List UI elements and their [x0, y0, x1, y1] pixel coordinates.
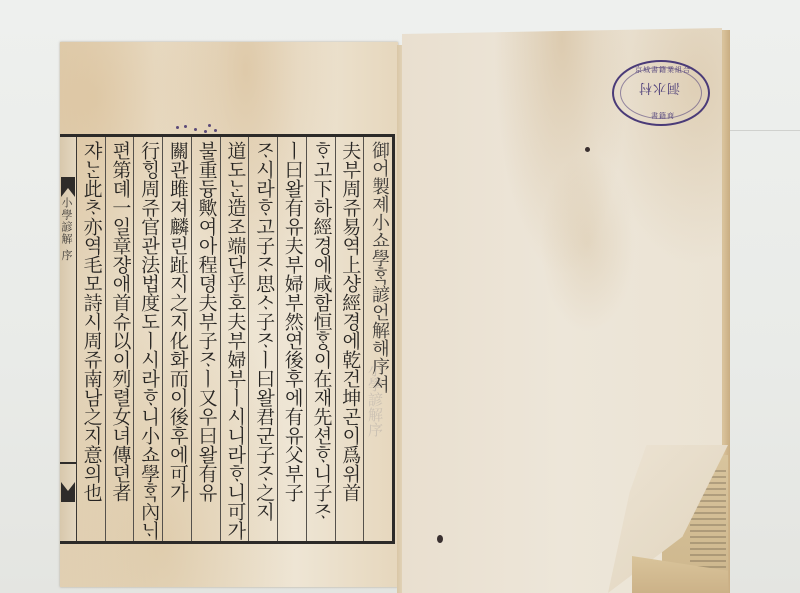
print-frame: 小學諺解 序 小學諺解序 御어製졔小쇼學ᄒᆞᆨ諺언解해序셔 夫부周쥬易역上샹經경…	[60, 134, 395, 544]
text-column: 夫부周쥬易역上샹經경에乾건坤곤이爲위首	[335, 137, 364, 541]
text-column: ᄒᆞ고下하經경에咸함恒ᄒᆞᆼ이在재先션ᄒᆞ니子ᄌᆞ	[306, 137, 335, 541]
column-title: 御어製졔小쇼學ᄒᆞᆨ諺언解해序셔	[363, 137, 392, 541]
text-column: 行ᄒᆡᆼ周쥬官관法법度도ㅣ시라ᄒᆞ니小쇼學ᄒᆞᆨ內ᄂᆡ篇	[133, 137, 162, 541]
ownership-stamp: 京城書籍業組合 洞水村 書籍商	[612, 60, 710, 126]
text-column: 關관雎져麟린趾지之지化화而이後후에可가	[162, 137, 191, 541]
ink-specks	[170, 120, 230, 134]
text-column: 불重듕歟여아程뎡夫부子ᄌᆞㅣ又우曰왈有유	[191, 137, 220, 541]
stamp-ring-text-bottom: 書籍商	[624, 111, 702, 121]
fish-tail-top-icon	[61, 177, 75, 197]
stamp-ring-text-top: 京城書籍業組合	[624, 65, 702, 75]
text-column: ᄌᆞ시라ᄒᆞ고子ᄌᆞ思ᄉᆞ子ᄌᆞㅣ曰왈君군子ᄌᆞ之지	[248, 137, 277, 541]
text-column: 편第뎨一일章쟝애首슈以이列렬女녀傳뎐者	[105, 137, 134, 541]
page-margin-column: 小學諺解 序	[60, 137, 77, 541]
ink-spot	[585, 147, 590, 152]
margin-divider	[60, 462, 76, 464]
left-page: 小學諺解 序 小學諺解序 御어製졔小쇼學ᄒᆞᆨ諺언解해序셔 夫부周쥬易역上샹經경…	[60, 42, 398, 587]
fish-tail-bottom-icon	[61, 482, 75, 502]
background-crease	[730, 100, 800, 131]
text-column: 쟈ᄂᆞᆫ此ᄎᆞ亦역毛모詩시周쥬南남之지意의也	[77, 137, 105, 541]
text-column: ㅣ曰왈有유夫부婦부然연後후에有유父부子	[277, 137, 306, 541]
margin-title: 小學諺解 序	[62, 197, 74, 262]
stamp-center-text: 洞水村	[638, 80, 680, 99]
text-column: 道도ᄂᆞᆫ造조端단乎호夫부婦부ㅣ시니라ᄒᆞ니可가不	[220, 137, 249, 541]
ink-spot	[437, 535, 443, 543]
text-columns: 御어製졔小쇼學ᄒᆞᆨ諺언解해序셔 夫부周쥬易역上샹經경에乾건坤곤이爲위首 ᄒᆞ고…	[77, 137, 392, 541]
